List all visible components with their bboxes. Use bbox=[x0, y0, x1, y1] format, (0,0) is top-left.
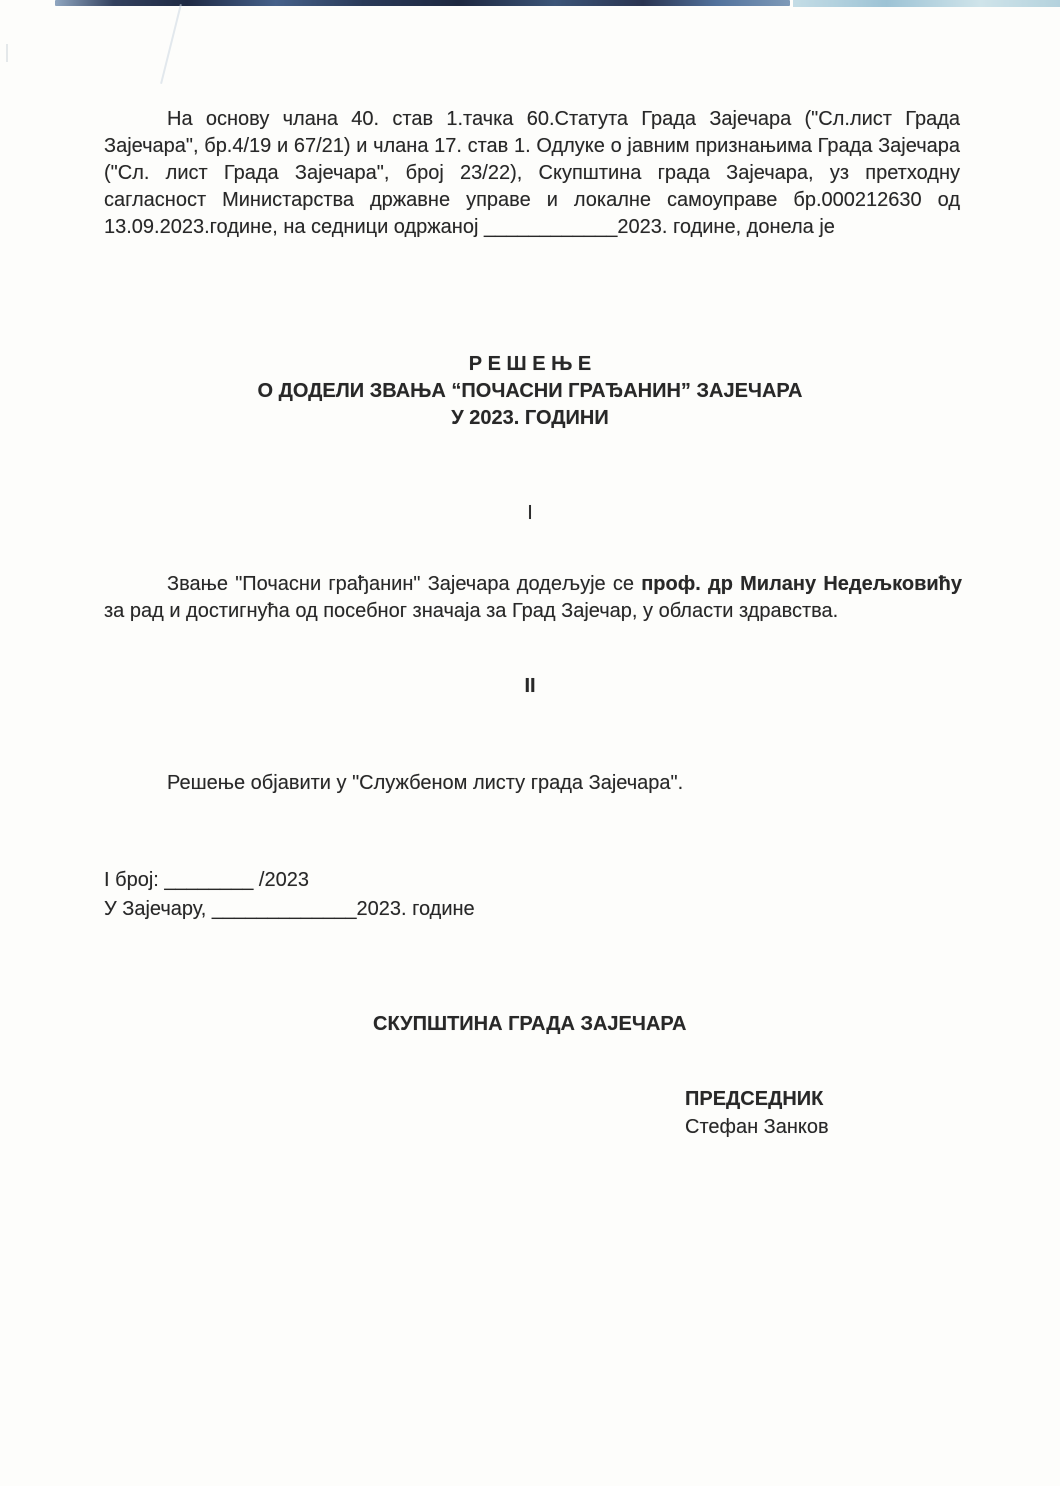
scan-artifact-edge-mark bbox=[6, 44, 8, 62]
registry-number-line: I број: ________ /2023 bbox=[104, 866, 475, 895]
section-1-marker: I bbox=[0, 500, 1060, 527]
scan-artifact-scratch bbox=[160, 4, 182, 84]
place-date-line: У Зајечару, _____________2023. године bbox=[104, 895, 475, 924]
title-line-2: О ДОДЕЛИ ЗВАЊА “ПОЧАСНИ ГРАЂАНИН” ЗАЈЕЧА… bbox=[0, 378, 1060, 405]
intro-paragraph: На основу члана 40. став 1.тачка 60.Стат… bbox=[104, 106, 960, 241]
award-paragraph: Звање "Почасни грађанин" Зајечара додељу… bbox=[104, 571, 962, 625]
award-text-part1: Звање "Почасни грађанин" Зајечара додељу… bbox=[167, 573, 641, 595]
section-2-marker: II bbox=[0, 673, 1060, 700]
scanned-document-page: На основу члана 40. став 1.тачка 60.Стат… bbox=[0, 0, 1060, 1486]
assembly-name: СКУПШТИНА ГРАДА ЗАЈЕЧАРА bbox=[373, 1011, 686, 1038]
publish-paragraph: Решење објавити у "Службеном листу града… bbox=[104, 770, 962, 797]
president-name: Стефан Занков bbox=[685, 1114, 829, 1141]
title-line-3: У 2023. ГОДИНИ bbox=[0, 405, 1060, 432]
scan-artifact-band-dark bbox=[55, 0, 790, 6]
scan-artifact-band-light bbox=[793, 0, 1060, 7]
title-line-1: Р Е Ш Е Њ Е bbox=[0, 351, 1060, 378]
president-title: ПРЕДСЕДНИК bbox=[685, 1086, 823, 1113]
document-title: Р Е Ш Е Њ Е О ДОДЕЛИ ЗВАЊА “ПОЧАСНИ ГРАЂ… bbox=[0, 351, 1060, 432]
award-text-part2: за рад и достигнућа од посебног значаја … bbox=[104, 600, 838, 622]
registry-block: I број: ________ /2023 У Зајечару, _____… bbox=[104, 866, 475, 924]
award-recipient-name: проф. др Милану Недељковићу bbox=[641, 573, 962, 595]
